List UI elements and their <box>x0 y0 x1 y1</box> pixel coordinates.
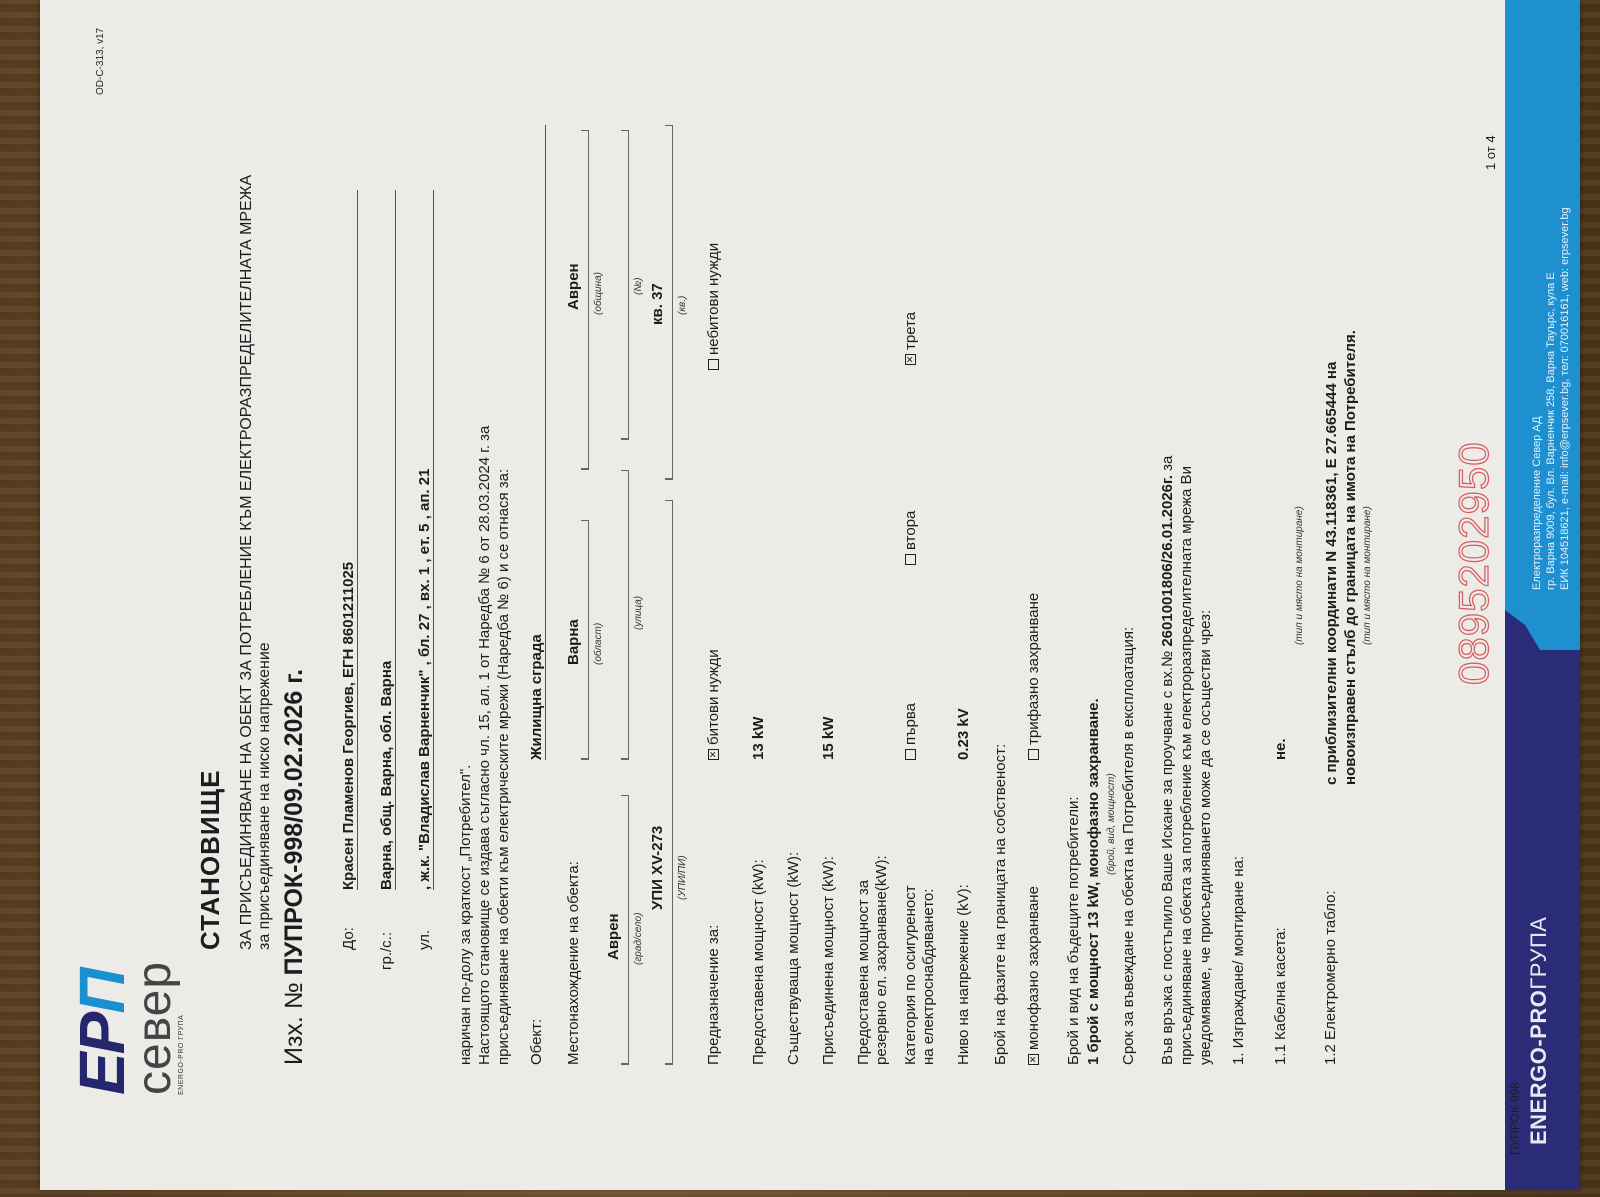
purpose-option-nonhousehold[interactable]: небитови нужди <box>705 243 722 370</box>
obshtina-value: Аврен <box>565 263 582 310</box>
subtitle-line-2: за присъединяване на ниско напрежение <box>256 175 274 950</box>
city-label: гр./с.: <box>378 932 395 970</box>
street-label: ул. <box>416 930 433 950</box>
cable-box-value: не. <box>1272 738 1289 760</box>
phases-label: Брой на фазите на границата на собствено… <box>992 744 1009 1065</box>
document-subtitle: ЗА ПРИСЪЕДИНЯВАНЕ НА ОБЕКТ ЗА ПОТРЕБЛЕНИ… <box>238 175 274 950</box>
meter-board-value-line-1: с приблизителни координати N 43.118361, … <box>1322 125 1341 785</box>
consumers-label: Брой и вид на бъдещите потребители: <box>1065 796 1082 1065</box>
category-label-line-2: на електроснабдяването: <box>920 885 938 1065</box>
consumers-value: 1 брой с мощност 13 kW, монофазно захран… <box>1085 698 1102 1065</box>
category-option-label: втора <box>902 511 919 550</box>
subtitle-line-1: ЗА ПРИСЪЕДИНЯВАНЕ НА ОБЕКТ ЗА ПОТРЕБЛЕНИ… <box>238 175 256 950</box>
request-text: Във връзка с постъпило Ваше Искане за пр… <box>1159 647 1176 1065</box>
city-value: Варна, общ. Варна, обл. Варна <box>378 190 396 890</box>
footer-brand-rest: ГРУПА <box>1526 917 1551 990</box>
category-option-label: първа <box>902 703 919 745</box>
phases-option-three[interactable]: трифазно захранване <box>1025 593 1042 760</box>
voltage-value: 0.23 kV <box>955 708 972 760</box>
upi-field <box>652 500 673 1065</box>
meter-board-label: 1.2 Електромерно табло: <box>1322 890 1339 1065</box>
meter-board-value: с приблизителни координати N 43.118361, … <box>1322 125 1360 785</box>
object-upi-caption: (УПИ/ПИ) <box>677 855 688 900</box>
phases-option-label: трифазно захранване <box>1025 593 1042 745</box>
phases-option-label: монофазно захранване <box>1025 886 1042 1050</box>
provided-power-value: 13 kW <box>750 717 767 760</box>
footer-brand: ENERGO-PROГРУПА <box>1526 917 1552 1145</box>
phone-watermark: 0895202950 <box>1450 441 1498 685</box>
intro-line-1: наричан по-долу за краткост „Потребител"… <box>456 125 475 1065</box>
purpose-option-label: небитови нужди <box>705 243 722 355</box>
logo-group: ENERGO-PRO ГРУПА <box>178 935 185 1095</box>
connected-power-value: 15 kW <box>820 717 837 760</box>
location-label: Местонахождение на обекта: <box>565 861 582 1065</box>
document-title: СТАНОВИЩЕ <box>195 770 226 950</box>
intro-line-3: присъединяване на обекти към електрическ… <box>494 125 513 1065</box>
footer-company-info: Електроразпределение Север АД гр. Варна … <box>1530 207 1572 590</box>
request-paragraph: Във връзка с постъпило Ваше Искане за пр… <box>1158 125 1215 1065</box>
object-street-caption: (улица) <box>633 596 644 630</box>
category-option-second[interactable]: втора <box>902 511 919 565</box>
reserve-label-line-1: Предоставена мощност за <box>855 855 873 1065</box>
category-option-third[interactable]: трета <box>902 312 919 365</box>
logo-word: север <box>127 935 182 1095</box>
object-number-caption: (№) <box>633 278 644 296</box>
request-text-end: за <box>1159 456 1176 475</box>
document-photo: EPП север ENERGO-PRO ГРУПА СТАНОВИЩЕ ЗА … <box>40 0 1560 1190</box>
object-label: Обект: <box>528 1019 545 1065</box>
oblast-value: Варна <box>565 619 582 665</box>
reserve-power-label: Предоставена мощност за резервно ел. зах… <box>855 855 891 1065</box>
object-city-caption: (град/село) <box>633 913 644 965</box>
footer-contacts: ЕИК 104518621, e-mail: info@erpsever.bg,… <box>1558 207 1572 590</box>
purpose-option-household[interactable]: битови нужди <box>705 649 722 760</box>
obshtina-caption: (община) <box>593 272 604 315</box>
checkbox-unchecked-icon[interactable] <box>708 359 719 370</box>
intro-line-2: Настоящото становище се издава съгласно … <box>475 125 494 1065</box>
to-label: До: <box>340 927 357 950</box>
voltage-label: Ниво на напрежение (kV): <box>955 884 972 1065</box>
category-label-line-1: Категория по осигуреност <box>902 885 920 1065</box>
reserve-label-line-2: резервно ел. захранване(kW): <box>873 855 891 1065</box>
number-field <box>608 130 629 440</box>
category-option-first[interactable]: първа <box>902 703 919 760</box>
footer-brand-bold: ENERGO-PRO <box>1526 990 1551 1145</box>
footer-address: гр. Варна 9009, бул. Вл. Варненчик 258, … <box>1544 207 1558 590</box>
request-number: 2601001806/26.01.2026г. <box>1159 475 1176 647</box>
oblast-caption: (област) <box>593 623 604 665</box>
category-option-label: трета <box>902 312 919 350</box>
purpose-label: Предназначение за: <box>705 925 722 1065</box>
provided-power-label: Предоставена мощност (kW): <box>750 859 767 1065</box>
consumers-caption: (брой, вид, мощност) <box>1106 773 1117 875</box>
connected-power-label: Присъединена мощност (kW): <box>820 856 837 1065</box>
cable-box-label: 1.1 Кабелна касета: <box>1272 927 1289 1065</box>
object-upi-value: УПИ XV-273 <box>649 826 666 910</box>
request-line-2: присъединяване на обекта за потребление … <box>1177 125 1196 1065</box>
street-value: , ж.к. "Владислав Варненчик" , бл. 27 , … <box>416 190 434 890</box>
doc-number-prefix: Изх. № <box>280 982 308 1065</box>
checkbox-unchecked-icon[interactable] <box>905 749 916 760</box>
deadline-label: Срок за въвеждане на обекта на Потребите… <box>1120 627 1137 1065</box>
intro-paragraph: наричан по-долу за краткост „Потребител"… <box>456 125 513 1065</box>
footer-company-name: Електроразпределение Север АД <box>1530 207 1544 590</box>
checkbox-checked-icon[interactable] <box>1028 1054 1039 1065</box>
checkbox-checked-icon[interactable] <box>905 354 916 365</box>
document-page: EPП север ENERGO-PRO ГРУПА СТАНОВИЩЕ ЗА … <box>40 0 1580 1190</box>
document-number: Изх. № ПУПРОК-998/09.02.2026 г. <box>280 669 309 1065</box>
meter-board-value-line-2: новоизправен стълб до границата на имота… <box>1341 125 1360 785</box>
request-line-3: уведомяваме, че присъединяването може да… <box>1196 125 1215 1065</box>
checkbox-unchecked-icon[interactable] <box>1028 749 1039 760</box>
erp-sever-logo: EPП север ENERGO-PRO ГРУПА <box>65 935 185 1095</box>
street-field <box>608 470 629 760</box>
checkbox-checked-icon[interactable] <box>708 749 719 760</box>
object-kv-caption: (кв.) <box>677 296 688 315</box>
works-heading: 1. Изграждане/ монтиране на: <box>1230 856 1247 1065</box>
purpose-option-label: битови нужди <box>705 649 722 745</box>
to-value: Красен Пламенов Георгиев, ЕГН 8601211025 <box>340 190 358 890</box>
doc-number-value: ПУПРОК-998/09.02.2026 г. <box>280 669 308 975</box>
checkbox-unchecked-icon[interactable] <box>905 554 916 565</box>
object-value: Жилищна сграда <box>528 125 546 760</box>
page-number: 1 от 4 <box>1483 135 1498 170</box>
footer-ref-code: ПУПРОК-998 <box>1508 1082 1522 1155</box>
meter-board-caption: (тип и място на монтиране) <box>1362 506 1373 645</box>
form-code: OD-C-313, v17 <box>95 28 106 95</box>
cable-box-caption: (тип и място на монтиране) <box>1294 506 1305 645</box>
existing-power-label: Съществуваща мощност (kW): <box>785 852 802 1065</box>
phases-option-mono[interactable]: монофазно захранване <box>1025 886 1042 1065</box>
object-kv-value: кв. 37 <box>649 283 666 325</box>
object-city-value: Аврен <box>605 913 622 960</box>
category-label: Категория по осигуреност на електроснабд… <box>902 885 938 1065</box>
